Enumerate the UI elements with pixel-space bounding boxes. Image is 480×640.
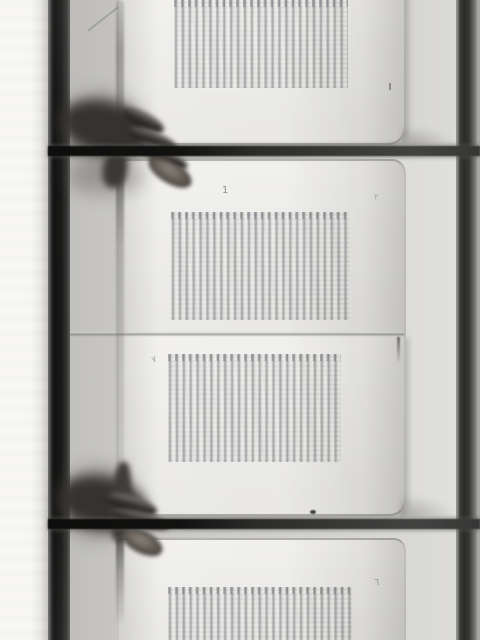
- folio-mark: ٦: [374, 578, 379, 588]
- folio-mark: 1: [222, 186, 228, 196]
- page-edge-tick: [389, 83, 391, 90]
- manuscript-text-block-middle-upper: [171, 212, 350, 320]
- film-strip-edge-right: [456, 0, 477, 640]
- photo-paper-margin-left: [0, 0, 49, 640]
- frame-divider-bar-top: [48, 146, 480, 156]
- manuscript-text-block-top: [174, 0, 348, 88]
- manuscript-text-block-middle-lower: [168, 354, 341, 462]
- page-corner-shadow-top: [402, 125, 456, 145]
- page-edge-line-middle: [116, 158, 124, 514]
- manuscript-text-block-bottom: [168, 587, 352, 640]
- page-edge-line-bottom: [116, 538, 124, 626]
- film-strip-edge-left: [48, 0, 70, 640]
- page-corner-tick: [397, 337, 400, 364]
- microfilm-photograph: 1 ٢ ٧ ٦: [0, 0, 480, 640]
- folio-mark: ٢: [374, 194, 379, 203]
- dust-speck: [310, 510, 316, 514]
- page-corner-shadow-bottom: [400, 494, 456, 517]
- frame-divider-bar-bottom: [48, 519, 480, 529]
